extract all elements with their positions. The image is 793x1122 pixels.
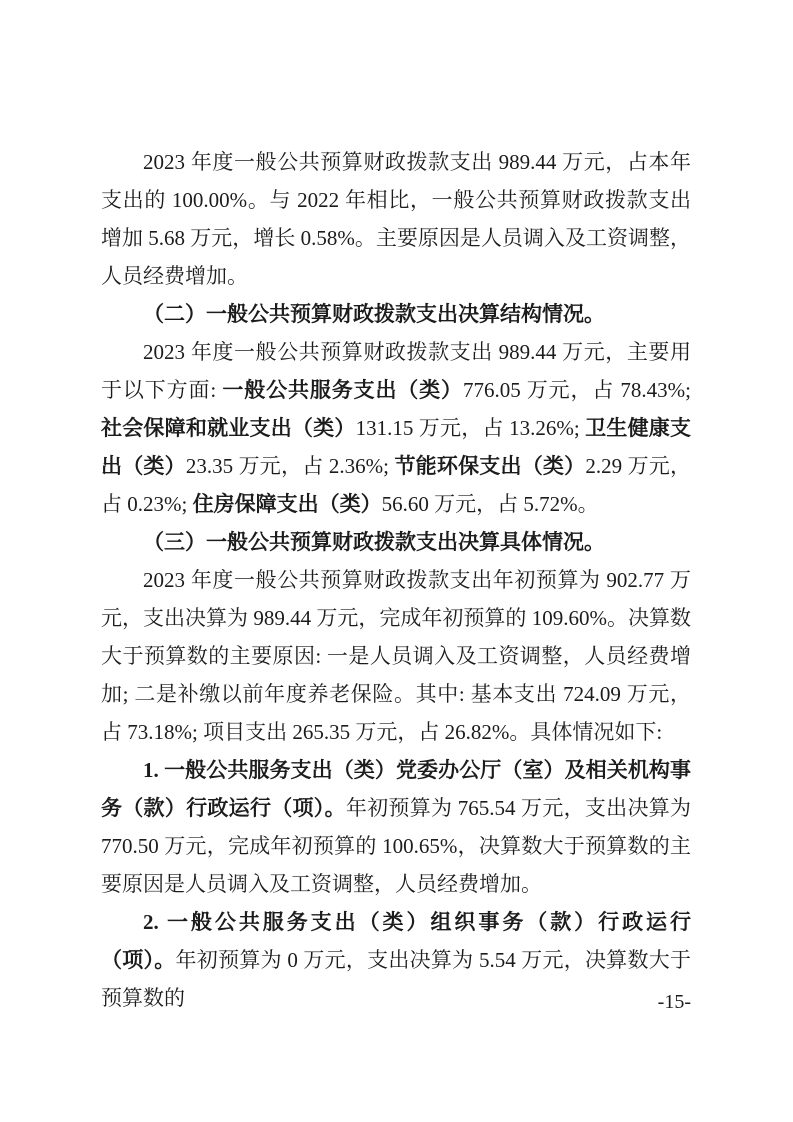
text-run: 23.35 万元，占 2.36%; (186, 454, 395, 478)
text-run: 56.60 万元，占 5.72%。 (382, 492, 599, 516)
text-run-bold: 住房保障支出（类） (193, 492, 382, 516)
section-heading-3: （三）一般公共预算财政拨款支出决算具体情况。 (101, 523, 691, 561)
text-run-bold: 社会保障和就业支出（类） (101, 416, 356, 440)
text-run: 2023 年度一般公共预算财政拨款支出年初预算为 902.77 万元，支出决算为… (101, 568, 691, 744)
text-run: 2023 年度一般公共预算财政拨款支出 989.44 万元，占本年支出的 100… (101, 150, 691, 288)
document-body: 2023 年度一般公共预算财政拨款支出 989.44 万元，占本年支出的 100… (101, 143, 691, 1017)
text-run: 131.15 万元，占 13.26%; (356, 416, 586, 440)
text-run-bold: （二）一般公共预算财政拨款支出决算结构情况。 (143, 302, 605, 326)
paragraph-item-1: 1. 一般公共服务支出（类）党委办公厅（室）及相关机构事务（款）行政运行（项）。… (101, 751, 691, 903)
section-heading-2: （二）一般公共预算财政拨款支出决算结构情况。 (101, 295, 691, 333)
paragraph-structure: 2023 年度一般公共预算财政拨款支出 989.44 万元，主要用于以下方面: … (101, 333, 691, 523)
document-page: 2023 年度一般公共预算财政拨款支出 989.44 万元，占本年支出的 100… (0, 0, 793, 1122)
text-run-bold: （三）一般公共预算财政拨款支出决算具体情况。 (143, 530, 605, 554)
page-number: -15- (101, 989, 691, 1015)
text-run-bold: 一般公共服务支出（类） (222, 378, 463, 402)
text-run-bold: 节能环保支出（类） (394, 454, 585, 478)
paragraph-detail-overview: 2023 年度一般公共预算财政拨款支出年初预算为 902.77 万元，支出决算为… (101, 561, 691, 751)
paragraph-overview: 2023 年度一般公共预算财政拨款支出 989.44 万元，占本年支出的 100… (101, 143, 691, 295)
text-run: 776.05 万元，占 78.43%; (463, 378, 691, 402)
